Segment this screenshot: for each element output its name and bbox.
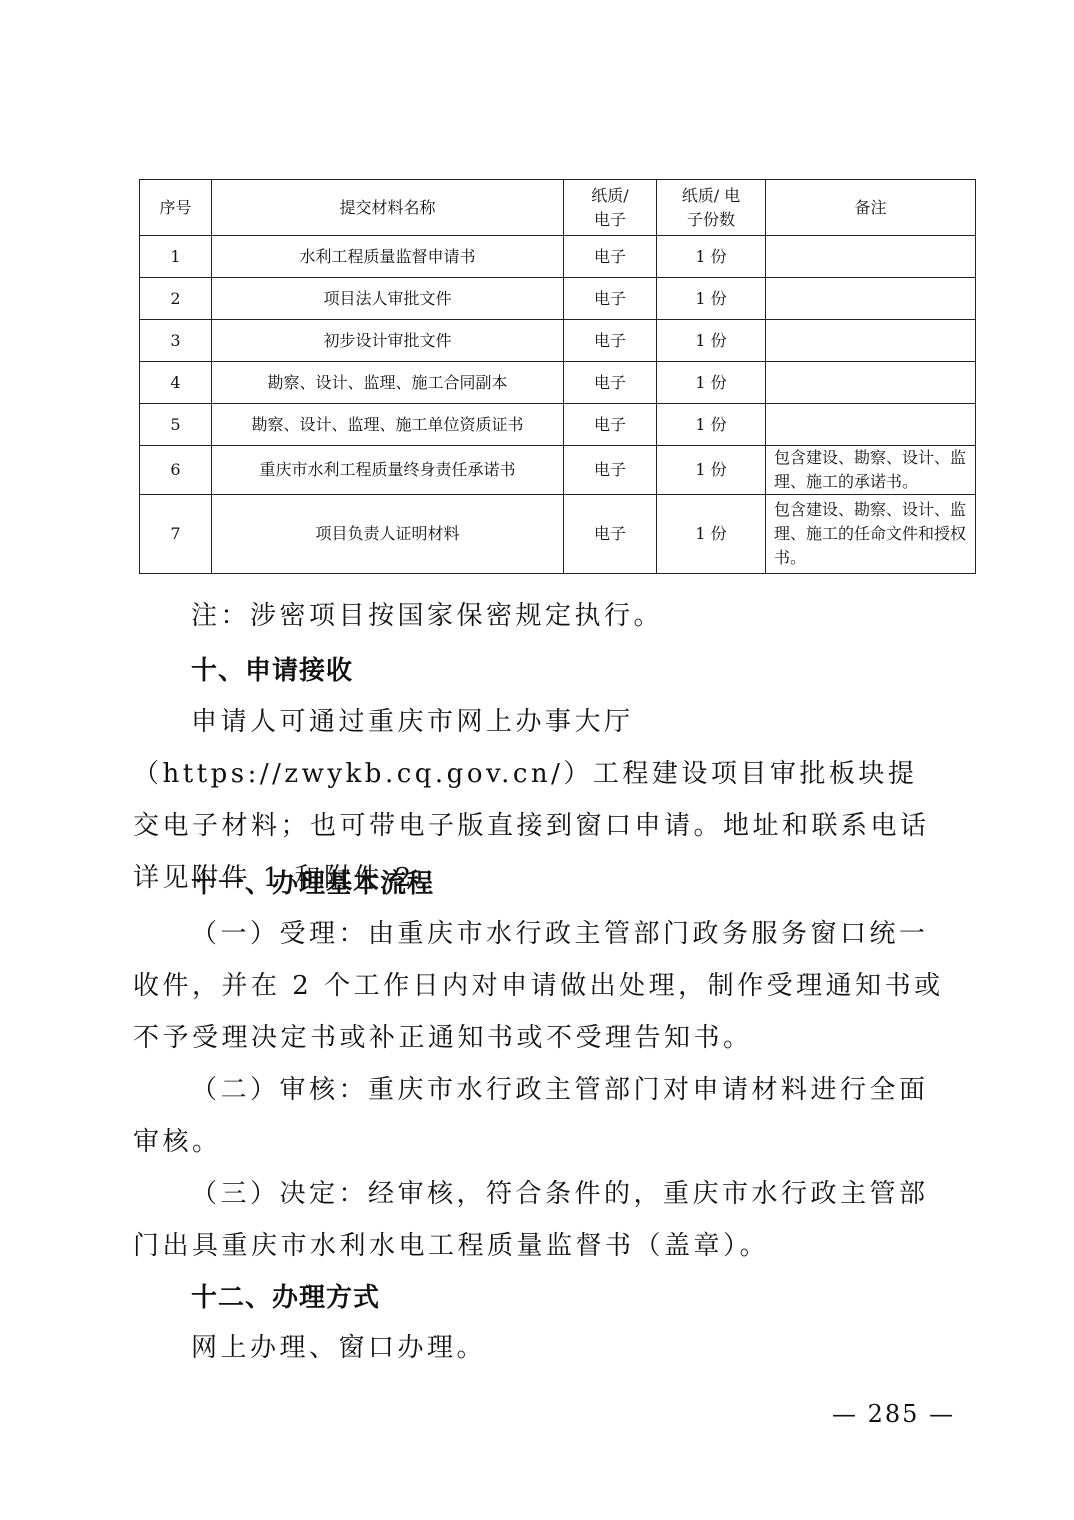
section-heading-11: 十一、办理基本流程 bbox=[191, 863, 434, 900]
cell-no: 6 bbox=[140, 446, 212, 495]
table-row: 6 重庆市水利工程质量终身责任承诺书 电子 1 份 包含建设、勘察、设计、监理、… bbox=[140, 446, 976, 495]
cell-no: 7 bbox=[140, 495, 212, 574]
table-header-row: 序号 提交材料名称 纸质/电子 纸质/ 电子份数 备注 bbox=[140, 180, 976, 236]
section-12-body: 网上办理、窗口办理。 bbox=[133, 1322, 945, 1374]
cell-remark: 包含建设、勘察、设计、监理、施工的任命文件和授权书。 bbox=[766, 495, 976, 574]
cell-name: 项目法人审批文件 bbox=[212, 278, 564, 320]
cell-name: 勘察、设计、监理、施工单位资质证书 bbox=[212, 404, 564, 446]
page-number: — 285 — bbox=[832, 1400, 955, 1428]
cell-remark bbox=[766, 320, 976, 362]
cell-remark bbox=[766, 236, 976, 278]
cell-name: 勘察、设计、监理、施工合同副本 bbox=[212, 362, 564, 404]
table-row: 4 勘察、设计、监理、施工合同副本 电子 1 份 bbox=[140, 362, 976, 404]
cell-remark bbox=[766, 278, 976, 320]
process-step-decision: （三）决定：经审核，符合条件的，重庆市水行政主管部门出具重庆市水利水电工程质量监… bbox=[133, 1168, 945, 1272]
cell-remark: 包含建设、勘察、设计、监理、施工的承诺书。 bbox=[766, 446, 976, 495]
cell-count: 1 份 bbox=[657, 236, 766, 278]
cell-no: 5 bbox=[140, 404, 212, 446]
table-row: 3 初步设计审批文件 电子 1 份 bbox=[140, 320, 976, 362]
cell-count: 1 份 bbox=[657, 278, 766, 320]
cell-no: 2 bbox=[140, 278, 212, 320]
header-type: 纸质/电子 bbox=[564, 180, 657, 236]
cell-name: 水利工程质量监督申请书 bbox=[212, 236, 564, 278]
process-step-review: （二）审核：重庆市水行政主管部门对申请材料进行全面审核。 bbox=[133, 1064, 945, 1168]
header-remark: 备注 bbox=[766, 180, 976, 236]
materials-table: 序号 提交材料名称 纸质/电子 纸质/ 电子份数 备注 1 水利工程质量监督申请… bbox=[139, 179, 976, 574]
table-row: 1 水利工程质量监督申请书 电子 1 份 bbox=[140, 236, 976, 278]
cell-name: 项目负责人证明材料 bbox=[212, 495, 564, 574]
header-name: 提交材料名称 bbox=[212, 180, 564, 236]
table-row: 2 项目法人审批文件 电子 1 份 bbox=[140, 278, 976, 320]
cell-remark bbox=[766, 362, 976, 404]
cell-count: 1 份 bbox=[657, 404, 766, 446]
cell-count: 1 份 bbox=[657, 320, 766, 362]
cell-no: 4 bbox=[140, 362, 212, 404]
cell-type: 电子 bbox=[564, 362, 657, 404]
document-page: 序号 提交材料名称 纸质/电子 纸质/ 电子份数 备注 1 水利工程质量监督申请… bbox=[0, 0, 1074, 1520]
header-count: 纸质/ 电子份数 bbox=[657, 180, 766, 236]
cell-type: 电子 bbox=[564, 320, 657, 362]
header-no: 序号 bbox=[140, 180, 212, 236]
table-row: 5 勘察、设计、监理、施工单位资质证书 电子 1 份 bbox=[140, 404, 976, 446]
cell-type: 电子 bbox=[564, 446, 657, 495]
process-step-accept: （一）受理：由重庆市水行政主管部门政务服务窗口统一收件，并在 2 个工作日内对申… bbox=[133, 908, 945, 1064]
cell-type: 电子 bbox=[564, 404, 657, 446]
section-heading-12: 十二、办理方式 bbox=[191, 1277, 380, 1314]
section-heading-10: 十、申请接收 bbox=[191, 650, 353, 687]
cell-name: 重庆市水利工程质量终身责任承诺书 bbox=[212, 446, 564, 495]
cell-type: 电子 bbox=[564, 495, 657, 574]
cell-remark bbox=[766, 404, 976, 446]
cell-type: 电子 bbox=[564, 278, 657, 320]
note-text: 注：涉密项目按国家保密规定执行。 bbox=[133, 590, 945, 642]
cell-name: 初步设计审批文件 bbox=[212, 320, 564, 362]
table-row: 7 项目负责人证明材料 电子 1 份 包含建设、勘察、设计、监理、施工的任命文件… bbox=[140, 495, 976, 574]
cell-count: 1 份 bbox=[657, 362, 766, 404]
cell-type: 电子 bbox=[564, 236, 657, 278]
cell-no: 1 bbox=[140, 236, 212, 278]
cell-no: 3 bbox=[140, 320, 212, 362]
cell-count: 1 份 bbox=[657, 495, 766, 574]
cell-count: 1 份 bbox=[657, 446, 766, 495]
